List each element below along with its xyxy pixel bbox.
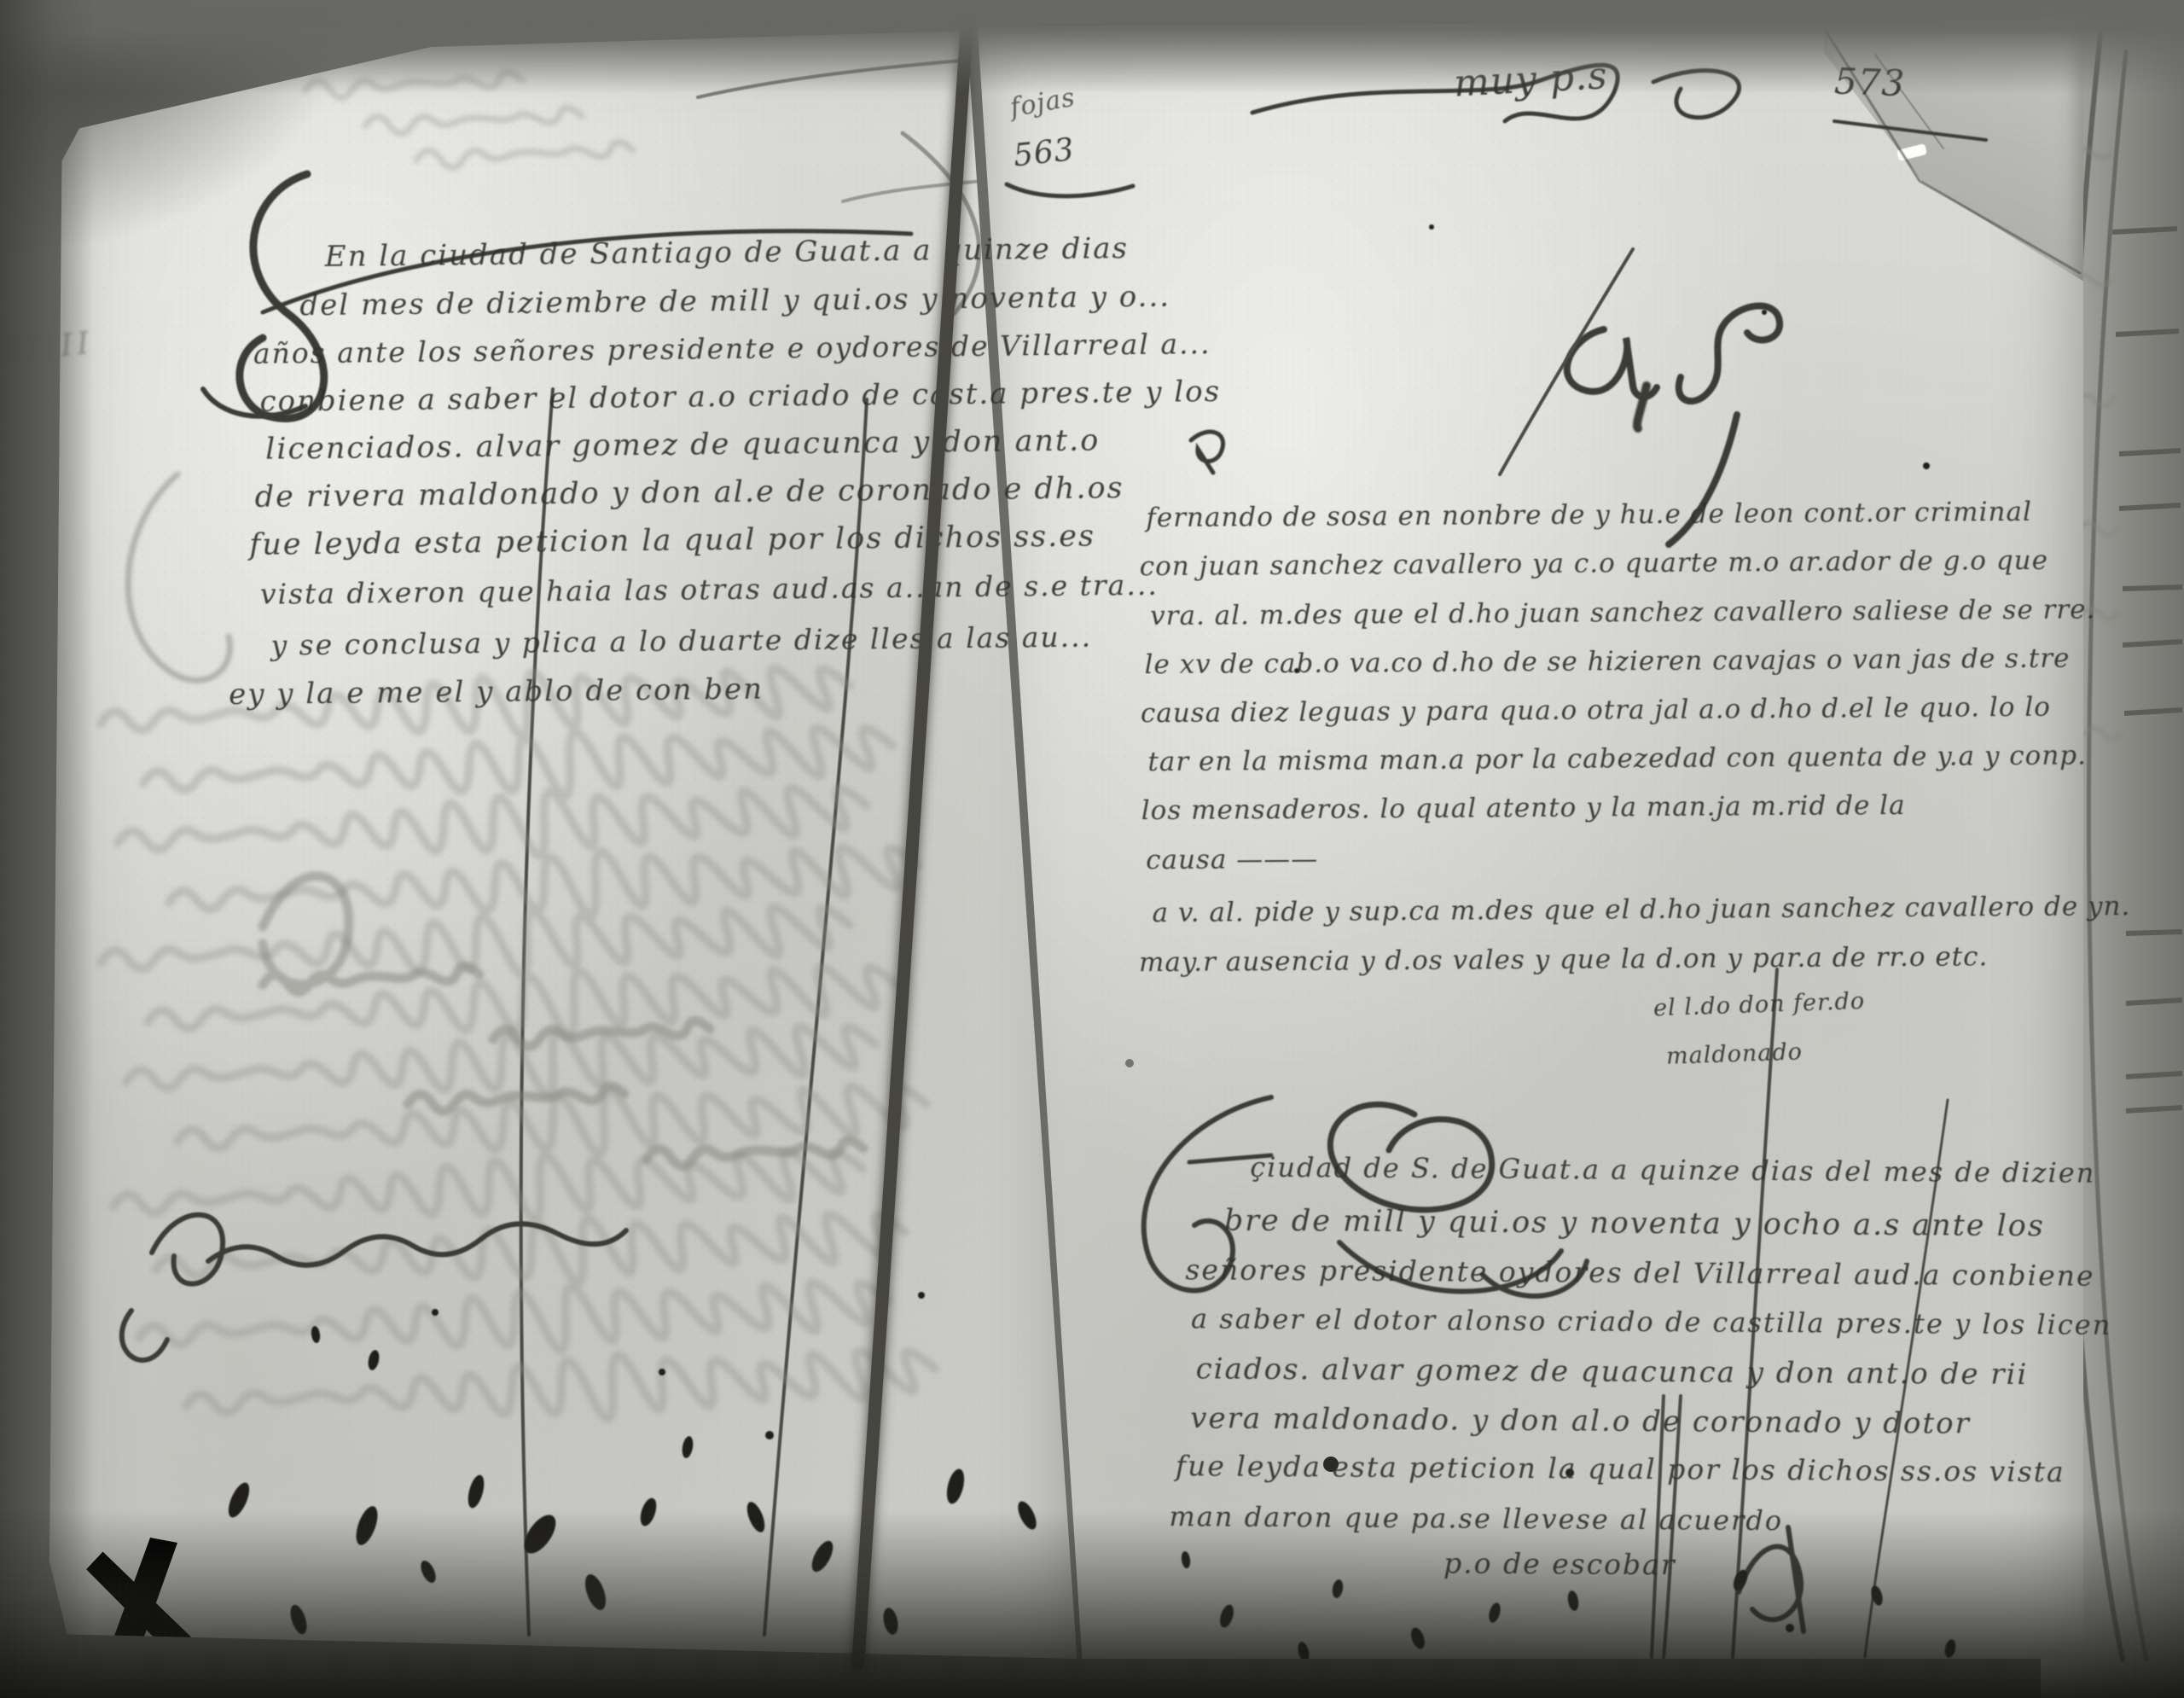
decree-block: çiudad de S. de Guat.a a quinze dias del… [965,16,2088,1662]
manuscript-scan: En la ciudad de Santiago de Guat.a a qui… [0,0,2184,1698]
manuscript-line: señores presidente oydores del Villarrea… [1185,1255,2094,1289]
manuscript-line: vera maldonado. y don al.o de coronado y… [1190,1404,1971,1438]
secretary-signature: p.o de escobar [1443,1549,1676,1579]
stitch-marks [2112,229,2182,1111]
manuscript-line: ciados. alvar gomez de quacunca y don an… [1196,1354,2029,1389]
right-page-text: fojas 563 muy p.s 573 al.o fernando de s… [971,20,2083,1659]
manuscript-line: çiudad de S. de Guat.a a quinze dias del… [1250,1154,2095,1187]
manuscript-line: man daron que pa.se llevese al acuerdo [1169,1503,1783,1534]
manuscript-line: ey y la e me el y ablo de con ben [229,675,764,710]
manuscript-line: fue leyda esta peticion la qual por los … [1176,1451,2065,1486]
left-entry-text: En la ciudad de Santiago de Guat.a a qui… [41,26,1089,1665]
manuscript-line: bre de mill y qui.os y noventa y ocho a.… [1224,1207,2045,1242]
manuscript-line: a saber el dotor alonso criado de castil… [1191,1305,2111,1339]
